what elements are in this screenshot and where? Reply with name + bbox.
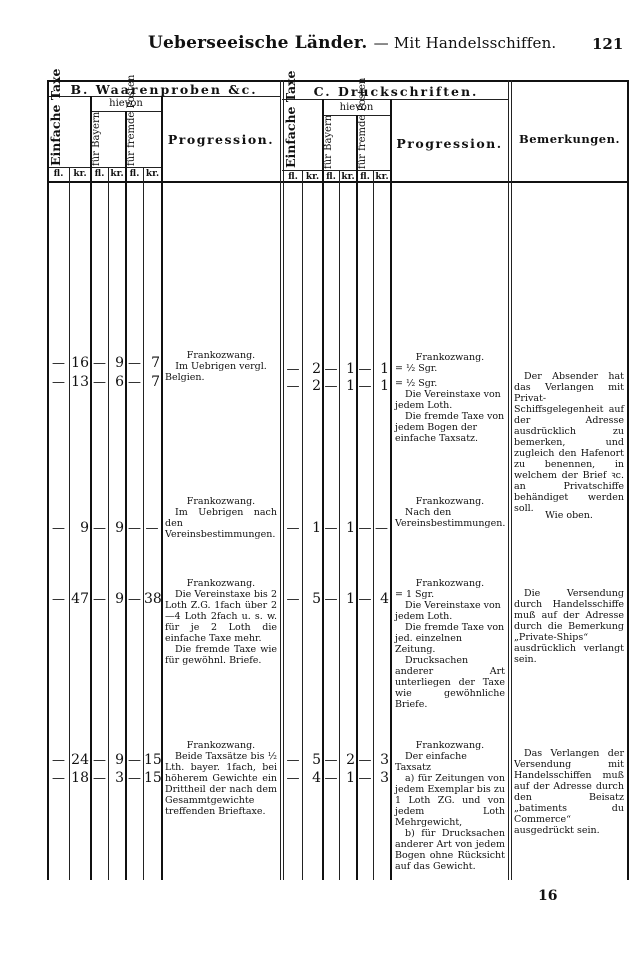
b-progression: Frankozwang. Im Uebrigen nach den Verein… — [165, 496, 277, 540]
page-number: 121 — [592, 35, 623, 53]
c-unit-fl: fl. — [357, 172, 373, 182]
c-unit-kr: kr. — [340, 172, 356, 182]
b-col-fuer-bayern: für Bayern — [92, 114, 124, 166]
value-cell: 47 — [70, 591, 89, 607]
b-progression: Frankozwang. Im Uebrigen vergl. Belgien. — [165, 350, 277, 383]
value-cell: — — [126, 771, 143, 786]
value-cell: 13 — [70, 374, 89, 390]
value-cell: 1 — [340, 770, 355, 786]
value-cell: — — [284, 362, 302, 377]
value-cell: — — [284, 771, 302, 786]
value-cell: — — [357, 521, 373, 536]
c-progression: Frankozwang. = 1 Sgr. Die Vereinstaxe vo… — [395, 578, 505, 710]
remarks: Die Versendung durch Handelsschiffe muß … — [514, 588, 624, 665]
value-cell: — — [91, 375, 108, 390]
value-cell: — — [323, 362, 339, 377]
value-cell: 1 — [340, 378, 355, 394]
c-col-fuer-bayern: für Bayern — [324, 118, 355, 169]
section-b-title: B. Waarenproben &c. — [48, 82, 280, 97]
value-cell: — — [374, 521, 389, 536]
progression-line: = 1 Sgr. — [395, 589, 505, 600]
value-cell: — — [91, 592, 108, 607]
rule-v — [508, 80, 509, 880]
value-cell: 5 — [303, 591, 321, 607]
value-cell: — — [48, 753, 69, 768]
value-cell: 5 — [303, 752, 321, 768]
progression-line: a) für Zeitungen von jedem Exemplar bis … — [395, 773, 505, 828]
value-cell: 3 — [109, 770, 124, 786]
value-cell: — — [48, 375, 69, 390]
b-unit-kr: kr. — [109, 169, 125, 179]
col-bemerkungen: Bemerkungen. — [512, 132, 627, 146]
progression-line: Im Uebrigen nach den Vereinsbestimmungen… — [165, 507, 277, 540]
c-title-rule — [282, 99, 508, 100]
value-cell: — — [357, 592, 373, 607]
remarks: Das Verlangen der Versendung mit Handels… — [514, 748, 624, 836]
b-col-progression: Progression. — [162, 132, 280, 147]
value-cell: 1 — [340, 520, 355, 536]
title-sub: — Mit Handelsschiffen. — [374, 34, 557, 52]
value-cell: — — [91, 521, 108, 536]
value-cell: 1 — [303, 520, 321, 536]
value-cell: — — [284, 592, 302, 607]
value-cell: — — [126, 356, 143, 371]
rule-v — [511, 80, 512, 880]
progression-line: = ½ Sgr. — [395, 363, 505, 374]
value-cell: — — [284, 379, 302, 394]
value-cell: — — [284, 753, 302, 768]
value-cell: — — [126, 592, 143, 607]
value-cell: 3 — [374, 770, 389, 786]
value-cell: 2 — [303, 378, 321, 394]
value-cell: — — [48, 521, 69, 536]
c-unit-kr: kr. — [303, 172, 322, 182]
section-c-title: C. Druckschriften. — [284, 84, 508, 99]
value-cell: — — [357, 753, 373, 768]
progression-line: Die fremde Taxe von jed. einzelnen Zeitu… — [395, 622, 505, 655]
b-unit-kr: kr. — [70, 169, 90, 179]
value-cell: 4 — [303, 770, 321, 786]
c-unit-kr: kr. — [374, 172, 390, 182]
progression-line: Die fremde Taxe wie für gewöhnl. Briefe. — [165, 644, 277, 666]
value-cell: — — [126, 753, 143, 768]
remarks: Der Absender hat das Verlangen mit Priva… — [514, 371, 624, 514]
remarks: Wie oben. — [514, 510, 624, 521]
value-cell: — — [48, 592, 69, 607]
value-cell: — — [357, 771, 373, 786]
b-progression: Frankozwang. Beide Taxsätze bis ½ Lth. b… — [165, 740, 277, 817]
value-cell: 18 — [70, 770, 89, 786]
value-cell: 1 — [374, 378, 389, 394]
progression-line: Frankozwang. — [395, 352, 505, 363]
value-cell: — — [48, 771, 69, 786]
progression-line: Die Vereinstaxe von jedem Loth. — [395, 389, 505, 411]
signature-mark: 16 — [538, 888, 557, 904]
progression-line: Der einfache Taxsatz — [395, 751, 505, 773]
b-col-fuer-fremde: für fremde Posten — [127, 114, 160, 166]
value-cell: 1 — [340, 591, 355, 607]
value-cell: 1 — [340, 361, 355, 377]
value-cell: — — [48, 356, 69, 371]
value-cell: — — [323, 753, 339, 768]
c-col-progression: Progression. — [391, 136, 508, 151]
b-unit-fl: fl. — [91, 169, 108, 179]
value-cell: — — [323, 771, 339, 786]
progression-line: Die Vereinstaxe bis 2 Loth Z.G. 1fach üb… — [165, 589, 277, 644]
progression-line: Im Uebrigen vergl. — [165, 361, 277, 372]
progression-line: Frankozwang. — [395, 496, 505, 507]
value-cell: 1 — [374, 361, 389, 377]
progression-line: = ½ Sgr. — [395, 378, 505, 389]
progression-line: Die fremde Taxe von jedem Bogen der einf… — [395, 411, 505, 444]
value-cell: 9 — [109, 591, 124, 607]
value-cell: 2 — [303, 361, 321, 377]
c-col-fuer-fremde: für fremde Posten — [358, 118, 389, 169]
b-unit-fl: fl. — [48, 169, 69, 179]
value-cell: — — [91, 771, 108, 786]
value-cell: 9 — [70, 520, 89, 536]
c-progression: Frankozwang. = ½ Sgr. = ½ Sgr. Die Verei… — [395, 352, 505, 444]
value-cell: — — [126, 375, 143, 390]
value-cell: 16 — [70, 355, 89, 371]
progression-line: Frankozwang. — [165, 578, 277, 589]
value-cell: — — [323, 592, 339, 607]
progression-line: Belgien. — [165, 372, 277, 383]
progression-line: Frankozwang. — [165, 740, 277, 751]
value-cell: 9 — [109, 520, 124, 536]
progression-line: Frankozwang. — [395, 578, 505, 589]
value-cell: — — [323, 379, 339, 394]
value-cell: 7 — [144, 355, 160, 371]
value-cell: — — [284, 521, 302, 536]
c-unit-fl: fl. — [284, 172, 302, 182]
b-unit-kr: kr. — [144, 169, 161, 179]
progression-line: Beide Taxsätze bis ½ Lth. bayer. 1fach, … — [165, 751, 277, 817]
progression-line: Frankozwang. — [165, 496, 277, 507]
c-unit-fl: fl. — [323, 172, 339, 182]
title-main: Ueberseeische Länder. — [148, 33, 368, 53]
value-cell: 9 — [109, 355, 124, 371]
rule-v — [390, 99, 392, 880]
progression-line: Frankozwang. — [395, 740, 505, 751]
b-progression: Frankozwang. Die Vereinstaxe bis 2 Loth … — [165, 578, 277, 666]
c-col-einfache-taxe: Einfache Taxe — [284, 104, 322, 168]
value-cell: — — [323, 521, 339, 536]
value-cell: 15 — [144, 752, 160, 768]
c-progression: Frankozwang. Nach den Vereinsbestimmunge… — [395, 496, 505, 529]
value-cell: — — [91, 753, 108, 768]
running-title: Ueberseeische Länder. — Mit Handelsschif… — [148, 33, 556, 53]
progression-line: Die Vereinstaxe von jedem Loth. — [395, 600, 505, 622]
value-cell: 15 — [144, 770, 160, 786]
c-progression: Frankozwang. Der einfache Taxsatz a) für… — [395, 740, 505, 872]
value-cell: 24 — [70, 752, 89, 768]
value-cell: — — [357, 379, 373, 394]
value-cell: — — [144, 521, 160, 536]
b-unit-fl: fl. — [126, 169, 143, 179]
progression-line: b) für Drucksachen anderer Art von jedem… — [395, 828, 505, 872]
value-cell: 3 — [374, 752, 389, 768]
value-cell: 2 — [340, 752, 355, 768]
progression-line: Drucksachen anderer Art unterliegen der … — [395, 655, 505, 710]
value-cell: 38 — [144, 591, 160, 607]
value-cell: 4 — [374, 591, 389, 607]
value-cell: — — [126, 521, 143, 536]
value-cell: — — [91, 356, 108, 371]
value-cell: 7 — [144, 374, 160, 390]
value-cell: 6 — [109, 374, 124, 390]
progression-line: Frankozwang. — [165, 350, 277, 361]
value-cell: 9 — [109, 752, 124, 768]
b-col-einfache-taxe: Einfache Taxe — [49, 100, 89, 166]
progression-line: Nach den Vereinsbestimmungen. — [395, 507, 505, 529]
rule-v — [627, 80, 629, 880]
rule-v — [280, 80, 281, 880]
value-cell: — — [357, 362, 373, 377]
